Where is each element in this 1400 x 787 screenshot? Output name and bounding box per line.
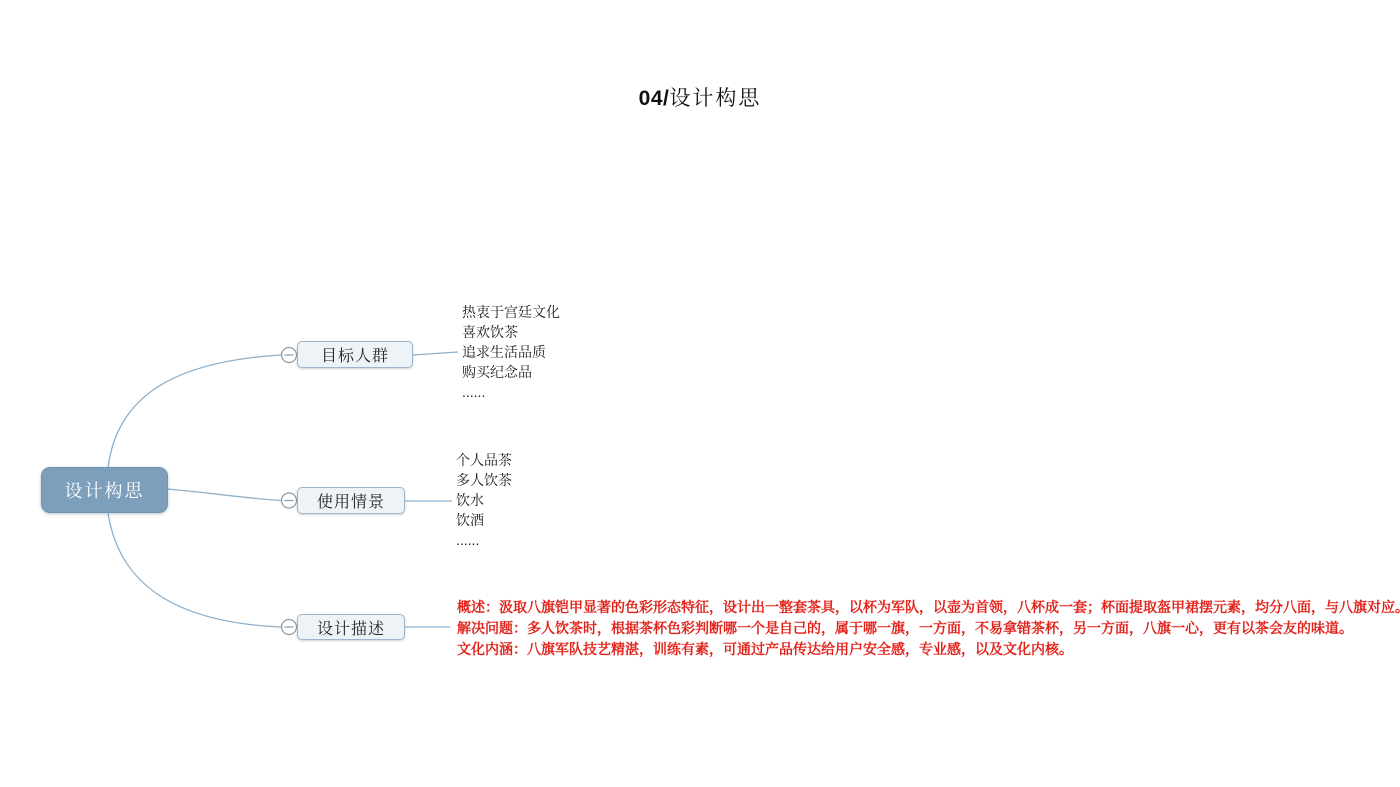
item-list-target-audience: 热衷于宫廷文化 喜欢饮茶 追求生活品质 购买纪念品 ...... — [462, 302, 560, 402]
root-node[interactable]: 设计构思 — [41, 467, 168, 513]
connector-layer — [0, 0, 1400, 787]
detail-line-problem-solving[interactable]: 解决问题：多人饮茶时，根据茶杯色彩判断哪一个是自己的，属于哪一旗，一方面，不易拿… — [457, 618, 1400, 639]
page-title-number: 04/ — [639, 87, 670, 110]
list-item[interactable]: 饮水 — [456, 490, 512, 510]
collapse-icon-target-audience[interactable] — [282, 348, 297, 363]
list-item[interactable]: 个人品茶 — [456, 450, 512, 470]
item-list-usage-scenario: 个人品茶 多人饮茶 饮水 饮酒 ...... — [456, 450, 512, 550]
branch-connector-design-description — [108, 513, 281, 627]
child-connector-target-audience — [413, 352, 458, 355]
list-item[interactable]: 多人饮茶 — [456, 470, 512, 490]
branch-connector-target-audience — [108, 355, 281, 468]
detail-line-cultural-connotation[interactable]: 文化内涵：八旗军队技艺精湛，训练有素，可通过产品传达给用户安全感，专业感，以及文… — [457, 639, 1400, 660]
collapse-icon-design-description[interactable] — [282, 620, 297, 635]
mindmap-canvas: 04/设计构思 设计构思 目标人群 使用情景 设计描述 热衷于宫廷文化 喜欢饮茶… — [0, 0, 1400, 787]
list-item[interactable]: 热衷于宫廷文化 — [462, 302, 560, 322]
list-item[interactable]: 追求生活品质 — [462, 342, 560, 362]
root-node-label: 设计构思 — [65, 477, 145, 503]
list-item[interactable]: 购买纪念品 — [462, 362, 560, 382]
page-title: 04/设计构思 — [0, 82, 1400, 112]
page-title-text: 设计构思 — [669, 87, 761, 110]
branch-node-design-description[interactable]: 设计描述 — [297, 614, 405, 640]
branch-node-label: 目标人群 — [321, 343, 389, 366]
branch-node-label: 使用情景 — [317, 489, 385, 512]
branch-node-target-audience[interactable]: 目标人群 — [297, 341, 413, 368]
list-item[interactable]: 饮酒 — [456, 510, 512, 530]
detail-list-design-description: 概述：汲取八旗铠甲显著的色彩形态特征，设计出一整套茶具，以杯为军队，以壶为首领，… — [457, 597, 1400, 660]
list-item[interactable]: ...... — [462, 382, 560, 402]
branch-node-label: 设计描述 — [317, 616, 385, 639]
collapse-icon-usage-scenario[interactable] — [282, 493, 297, 508]
list-item[interactable]: ...... — [456, 530, 512, 550]
detail-line-overview[interactable]: 概述：汲取八旗铠甲显著的色彩形态特征，设计出一整套茶具，以杯为军队，以壶为首领，… — [457, 597, 1400, 618]
branch-connector-usage-scenario — [167, 489, 281, 501]
list-item[interactable]: 喜欢饮茶 — [462, 322, 560, 342]
branch-node-usage-scenario[interactable]: 使用情景 — [297, 487, 405, 514]
